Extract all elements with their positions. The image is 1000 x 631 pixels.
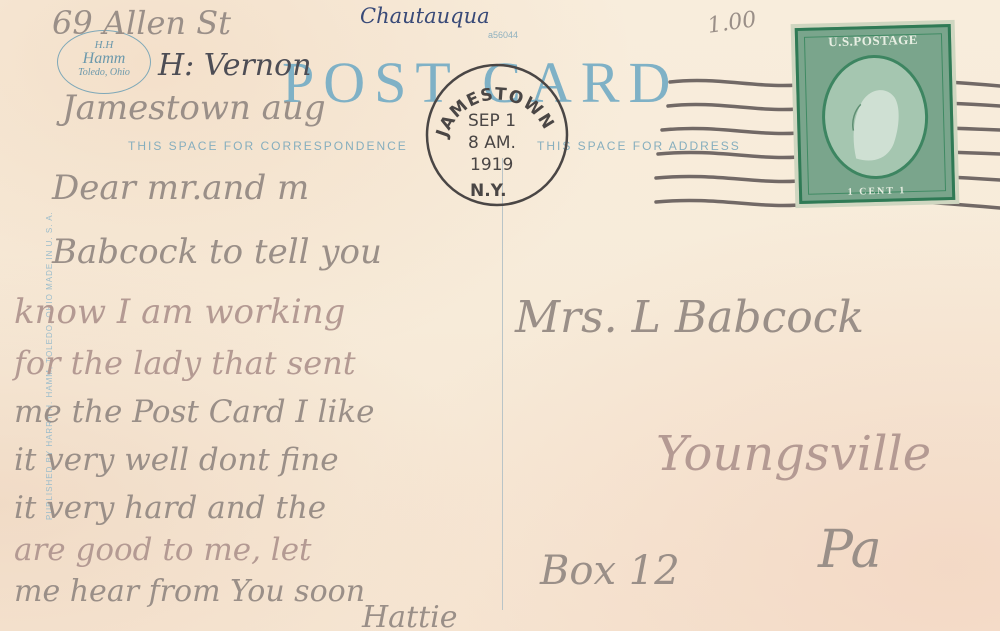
message-line: it very well dont fine <box>14 442 339 478</box>
signature: Hattie <box>362 600 458 631</box>
message-line: it very hard and the <box>14 490 326 526</box>
location-note: Chautauqua <box>360 4 490 28</box>
price-note: 1.00 <box>706 7 758 39</box>
postcard-back: H.H Hamm Toledo, Ohio a56044 POST CARD T… <box>0 0 1000 631</box>
postmark-year: 1919 <box>470 155 513 175</box>
postage-stamp: U.S.POSTAGE 1 CENT 1 <box>795 24 956 204</box>
message-line: for the lady that sent <box>14 344 356 382</box>
return-address-line-1: 69 Allen St <box>52 4 231 42</box>
center-divider <box>502 158 503 610</box>
message-line: me the Post Card I like <box>14 394 374 430</box>
message-line: Babcock to tell you <box>52 232 382 272</box>
postmark-date: SEP 1 <box>468 111 516 131</box>
postmark-state: N.Y. <box>470 181 507 201</box>
return-address-line-3: Jamestown aug <box>62 88 326 128</box>
washington-portrait-icon <box>820 54 929 181</box>
postmark-time: 8 AM. <box>468 133 516 153</box>
card-code: a56044 <box>488 30 518 40</box>
recipient-city: Youngsville <box>656 426 931 482</box>
recipient-name: Mrs. L Babcock <box>515 292 864 343</box>
message-line: know I am working <box>14 292 345 332</box>
message-line: me hear from You soon <box>14 574 365 609</box>
postmark: JAMESTOWN SEP 1 8 AM. 1919 N.Y. <box>424 62 570 208</box>
recipient-box: Box 12 <box>540 548 680 594</box>
return-address-line-2: H: Vernon <box>158 48 312 83</box>
correspondence-label: THIS SPACE FOR CORRESPONDENCE <box>128 139 408 153</box>
recipient-state: Pa <box>818 520 882 580</box>
message-line: Dear mr.and m <box>52 168 309 208</box>
message-line: are good to me, let <box>14 532 312 568</box>
logo-city: Toledo, Ohio <box>58 67 150 79</box>
logo-name: Hamm <box>58 51 150 67</box>
